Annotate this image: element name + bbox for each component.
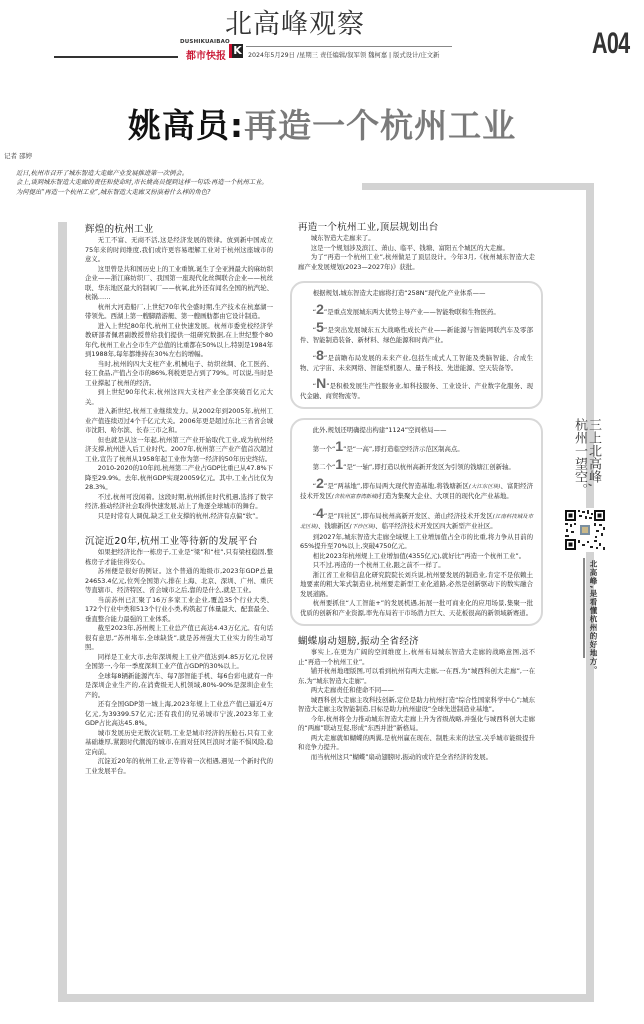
item-note: (大江东区块) (469, 484, 500, 490)
item-prefix: 第一个 (313, 445, 332, 453)
paragraph: 进入上世纪80年代,杭州工业快速发展。杭州市委党校经济学教研部者佩君副教授曾给我… (85, 322, 273, 360)
caption-rule (583, 558, 585, 658)
item-number: 1 (335, 438, 343, 454)
frame-border-top (362, 183, 594, 190)
section-heading: 蝴蝶扇动翅膀,振动全省经济 (298, 636, 535, 648)
industry-item: “2”是重点发展城东两大优势主导产业——智能物联和生物医药。 (300, 305, 533, 318)
paragraph: 沉淀近20年的杭州工业,正等待着一次相遇,遇见一个新时代的工业发展平台。 (85, 757, 273, 776)
header-rule-left (54, 56, 178, 58)
industry-item: “N”是积极发展生产性服务业,如科技服务、工业设计、产业数字化服务、现代金融、商… (300, 379, 533, 401)
brand-name: 都市快报 (186, 47, 226, 62)
paragraph: 城东智造大走廊来了。 (298, 234, 535, 244)
paragraph: 只是时常有人调侃,缺乏工业支撑的杭州,经济有点偏“软”。 (85, 512, 273, 522)
qr-code-icon[interactable] (563, 508, 607, 552)
item-text: 是前瞻布局发展的未来产业,包括生成式人工智能及类脑智能、合成生物、元宇宙、未来网… (300, 354, 533, 372)
paragraph: 今年,杭州将全力推动城东智造大走廊上升为省级战略,并强化与城西科创大走廊的“两廊… (298, 715, 535, 734)
frame-border-bottom (58, 994, 594, 1002)
item-text: 是重点发展城东两大优势主导产业——智能物联和生物医药。 (327, 308, 500, 316)
paragraph: 只不过,再造的一个杭州工业,跟之前不一样了。 (300, 561, 533, 571)
paragraph: 到上世纪90年代末,杭州这四大支柱产业全部突破百亿元大关。 (85, 388, 273, 407)
brand-pinyin: DUSHIKUAIBAO (180, 39, 230, 45)
headline: 姚高员:再造一个杭州工业 (0, 100, 644, 147)
item-note: (下沙区块) (350, 524, 375, 530)
paragraph: 2010-2020的10年间,杭州第二产业占GDP比重已从47.8%下降至29.… (85, 464, 273, 493)
item-number: 8 (316, 347, 324, 363)
section-gap (298, 626, 535, 636)
paragraph: 如果把经济比作一栋房子,工业是“梁”和“柱”,只有梁柱稳固,整栋房子才能住得安心… (85, 548, 273, 567)
item-text: 打造为集聚大企业、大项目的现代化产业基地。 (378, 492, 512, 500)
paragraph: 相比2023年杭州规上工业增加值(4355亿元),就好比“再造一个杭州工业”。 (300, 552, 533, 562)
item-text: 是“四社区”,即布局杭州高新开发区、萧山经济技术开发区 (327, 512, 493, 520)
item-number: N (316, 375, 326, 391)
box-lead: 此外,规划还明确提出构建“1124”空间格局—— (300, 426, 533, 436)
spatial-layout-box: 此外,规划还明确提出构建“1124”空间格局—— 第一个“1”是“一高”,即打造… (290, 418, 543, 626)
section-gap (85, 521, 273, 536)
paragraph: 全球每8辆新能源汽车、每7部智能手机、每6台彩电就有一件是深圳企业生产的,在消费… (85, 672, 273, 701)
paragraph: 两大走廊责任和使命不同—— (298, 686, 535, 696)
paragraph: 杭州要抓住“人工智能+”的发展机遇,拓展一批可商业化的应用场景,集聚一批优质的创… (300, 599, 533, 618)
brand-logo-icon: K (229, 44, 243, 58)
paragraph: 截至2023年,苏州规上工业总产值已高达4.43万亿元。有句话很有意思,“苏州堵… (85, 624, 273, 653)
intro-line: 为何提出“再造一个杭州工业”,城东智造大走廊又扮演着什么样的角色? (16, 188, 306, 197)
paragraph: 苏州便是很好的例证。这个普通的地级市,2023年GDP总量24653.4亿元,位… (85, 567, 273, 596)
paragraph: 这里曾是共和国历史上的工业重镇,诞生了全亚洲最大的麻纺织企业——浙江麻纺织厂、我… (85, 265, 273, 303)
section-masthead-title: 北高峰观察 (225, 2, 365, 41)
item-number: 4 (316, 505, 324, 521)
item-number: 5 (316, 319, 324, 335)
paragraph: 无工不富、无商不活,这是经济发展的铁律。放到新中国成立75年来的时间维度,我们或… (85, 236, 273, 265)
frame-border-left (58, 222, 67, 1002)
page-number: A04 (592, 27, 629, 61)
item-text: 、钱塘新区 (318, 522, 350, 530)
layout-item: “4”是“四社区”,即布局杭州高新开发区、萧山经济技术开发区(江南科技城及市北区… (300, 509, 533, 533)
headline-quote: 再造一个杭州工业 (244, 106, 516, 145)
industry-item: “8”是前瞻布局发展的未来产业,包括生成式人工智能及类脑智能、合成生物、元宇宙、… (300, 351, 533, 373)
paragraph: 事实上,在更为广阔的空间维度上,杭州布局城东智造大走廊的战略意图,远不止“再造一… (298, 648, 535, 667)
box-lead: 根据规划,城东智造大走廊将打造“258N”现代化产业体系—— (300, 289, 533, 299)
item-text: 是“一高”,即打造临空经济示范区制高点。 (346, 445, 463, 453)
paragraph: 两大走廊就如蝴蝶的两翼,是杭州赢在现在、制胜未来的法宝,关乎城市能级提升和竞争力… (298, 734, 535, 753)
item-text: 是“两基地”,即布局两大现代智造基地,将钱塘新区 (327, 482, 469, 490)
section-heading: 辉煌的杭州工业 (85, 224, 273, 236)
intro-line: 会上,谈到城东智造大走廊的责任和使命时,市长姚高员提到这样一句话:再造一个杭州工… (16, 178, 306, 187)
item-number: 2 (316, 301, 324, 317)
paragraph: 到2027年,城东智造大走廊全域规上工业增加值占全市的比重,将力争从目前的65%… (300, 533, 533, 552)
layout-item: 第二个“1”是“一轴”,即打造以杭州高新开发区为引领的钱塘江创新轴。 (300, 460, 533, 473)
layout-item: 第一个“1”是“一高”,即打造临空经济示范区制高点。 (300, 442, 533, 455)
paragraph: 当时,杭州的四大支柱产业,机械电子、纺织丝绸、化工医药、轻工食品,产值占全市的8… (85, 360, 273, 389)
byline: 记者 邵婷 (4, 151, 32, 160)
intro-lede: 近日,杭州市召开了城东智造大走廊产业发展推进第一次例会。 会上,谈到城东智造大走… (16, 169, 306, 197)
section-heading: 沉淀近20年,杭州工业等待新的发展平台 (85, 536, 273, 548)
sidebar-caption: 北高峰,是看懂杭州的好地方。 (588, 560, 599, 674)
paragraph: 还有全国GDP第一城上海,2023年规上工业总产值已逼近4万亿元,为39399.… (85, 700, 273, 729)
intro-line: 近日,杭州市召开了城东智造大走廊产业发展推进第一次例会。 (16, 169, 306, 178)
item-note: (含杭州富春湾新城) (332, 494, 379, 500)
item-text: 、临平经济技术开发区四大新型产业社区。 (375, 522, 496, 530)
headline-speaker: 姚高员: (128, 106, 244, 145)
paragraph: 当前苏州已汇聚了16万多家工业企业,覆盖35个行业大类、172个行业中类和513… (85, 596, 273, 625)
item-text: 是积极发展生产性服务业,如科技服务、工业设计、产业数字化服务、现代金融、商贸物流… (300, 382, 533, 400)
item-number: 1 (335, 456, 343, 472)
paragraph: 杭州大河造船厂,上世纪70年代全盛时期,生产技术在杭嘉湖一带领先。西湖上第一艘脚… (85, 303, 273, 322)
layout-item: “2”是“两基地”,即布局两大现代智造基地,将钱塘新区(大江东区块)、富阳经济技… (300, 479, 533, 503)
paragraph: 为了“再造一个杭州工业”,杭州做足了顶层设计。今年3月,《杭州城东智造大走廊产业… (298, 253, 535, 272)
paragraph: 而当杭州这只“蝴蝶”扇动翅膀时,振动的或许是全省经济的发展。 (298, 753, 535, 763)
paragraph: 不过,杭州可没闲着。这段时期,杭州抓住时代机遇,选择了数字经济,推动经济社会取得… (85, 493, 273, 512)
item-text: 是突出发展城东五大战略性成长产业——新能源与智能网联汽车及零部件、智能制造装备、… (300, 326, 533, 344)
section-heading: 再造一个杭州工业,顶层规划出台 (298, 222, 535, 234)
article-column-left: 辉煌的杭州工业 无工不富、无商不活,这是经济发展的铁律。放到新中国成立75年来的… (85, 224, 273, 776)
industry-system-box: 根据规划,城东智造大走廊将打造“258N”现代化产业体系—— “2”是重点发展城… (290, 281, 543, 409)
paragraph: 城市发展历史无数次证明,工业是城市经济的压舱石,只有工业基础雄厚,紧跟时代潮流的… (85, 729, 273, 758)
issue-meta: 2024年5月29日 /星期三 责任编辑/叙军领 魏柯嘉 | 版式设计/庄文新 (248, 50, 439, 59)
item-text: 是“一轴”,即打造以杭州高新开发区为引领的钱塘江创新轴。 (346, 463, 514, 471)
industry-item: “5”是突出发展城东五大战略性成长产业——新能源与智能网联汽车及零部件、智能制造… (300, 323, 533, 345)
paragraph: 但也就是从这一年起,杭州第三产业开始取代工业,成为杭州经济支撑,杭州进入后工业时… (85, 436, 273, 465)
paragraph: 城西科创大走廊主攻科技创新,定位是助力杭州打造“综合性国家科学中心”;城东智造大… (298, 696, 535, 715)
paragraph: 这是一个规划涉及滨江、萧山、临平、钱塘、富阳五个城区的大走廊。 (298, 244, 535, 254)
article-column-right: 再造一个杭州工业,顶层规划出台 城东智造大走廊来了。 这是一个规划涉及滨江、萧山… (298, 222, 535, 762)
item-prefix: 第二个 (313, 463, 332, 471)
paragraph: 浙江省工业和信息化研究院院长刘兵说,杭州要发展的制造业,肯定不是依赖土地要素的粗… (300, 571, 533, 600)
header-rule-right (246, 46, 452, 47)
paragraph: 进入新世纪,杭州工业继续发力。从2002年到2005年,杭州工业产值连续迈过4个… (85, 407, 273, 436)
item-number: 2 (316, 475, 324, 491)
paragraph: 同样是工业大市,去年深圳规上工业产值达到4.85万亿元,位居全国第一,今年一季度… (85, 653, 273, 672)
paragraph: 铺开杭州地理版图,可以看到杭州有两大走廊,一在西,为“城西科创大走廊”,一在东,… (298, 667, 535, 686)
